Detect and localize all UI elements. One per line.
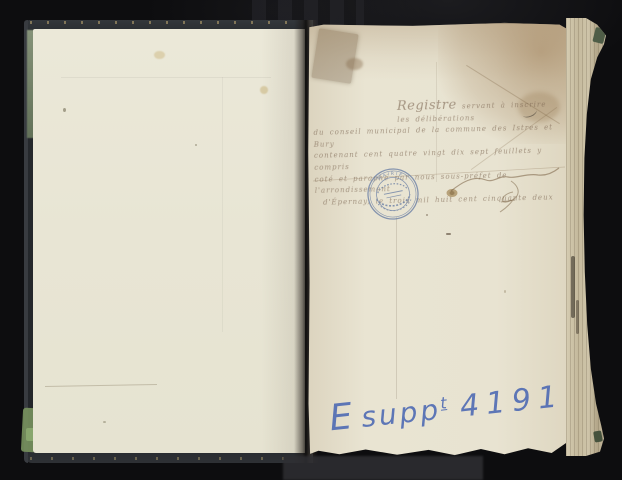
ink-speck [63, 108, 66, 112]
cote-superscript: t [439, 393, 447, 413]
foxing-stain [154, 51, 165, 59]
signature-flourish [441, 156, 565, 214]
fold-crease [396, 217, 397, 399]
ink-speck [195, 144, 197, 146]
ink-speck [446, 233, 451, 235]
edge-dark-fleck [576, 300, 579, 334]
ghost-impression-line [61, 77, 271, 78]
cote-word: supp [360, 393, 443, 434]
tape-residue [311, 28, 358, 84]
cradle-shadow [283, 456, 483, 480]
cote-number: 4191 [458, 379, 565, 425]
worn-edge-flecks-bottom [30, 457, 300, 460]
page-edge-stripes [566, 18, 606, 456]
registre-heading: Registre [397, 98, 457, 114]
foxing-stain [260, 86, 268, 94]
ghost-impression-line [222, 77, 223, 332]
edge-dark-fleck [571, 256, 575, 318]
page-stack-edge [566, 18, 606, 456]
ink-speck [103, 421, 106, 423]
inside-front-cover [24, 20, 313, 463]
cote-prefix: E [327, 396, 358, 440]
scratch-mark [45, 384, 157, 387]
ink-speck [504, 290, 506, 293]
cover-corner-green [593, 430, 603, 442]
ink-speck [426, 214, 428, 216]
endpaper [33, 29, 305, 453]
worn-edge-flecks-top [30, 21, 300, 24]
stain-blotch [346, 58, 363, 70]
round-stamp-icon: MAIRIE [361, 162, 424, 225]
book-scan: Registre servant à inscrire les délibéra… [0, 0, 622, 480]
